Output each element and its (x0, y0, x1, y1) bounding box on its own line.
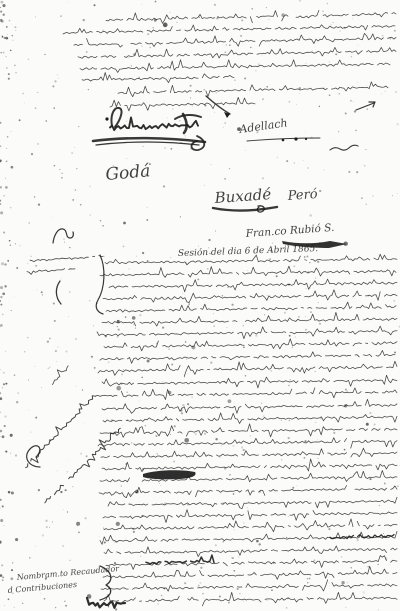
noise-speck (328, 528, 330, 530)
script-line (100, 350, 395, 363)
noise-speck (0, 430, 2, 433)
ink-blot (184, 438, 189, 443)
script-line (100, 424, 397, 437)
noise-speck (133, 324, 134, 325)
noise-speck (294, 163, 295, 164)
noise-speck (159, 483, 160, 484)
noise-speck (161, 595, 163, 597)
noise-speck (346, 390, 348, 392)
blacked-out-word (143, 470, 196, 479)
noise-speck (126, 392, 127, 393)
noise-speck (309, 578, 311, 580)
ink-blot (8, 491, 11, 494)
noise-speck (315, 371, 316, 372)
noise-speck (295, 337, 296, 338)
noise-speck (312, 50, 313, 51)
noise-speck (72, 199, 74, 201)
noise-speck (350, 100, 352, 102)
noise-speck (345, 607, 346, 608)
noise-speck (187, 403, 189, 405)
ink-blot (76, 522, 80, 526)
noise-speck (243, 601, 244, 602)
noise-speck (54, 248, 55, 249)
noise-speck (0, 211, 3, 214)
noise-speck (296, 104, 297, 105)
noise-speck (0, 203, 1, 205)
noise-speck (341, 556, 342, 557)
noise-speck (211, 164, 212, 165)
noise-speck (3, 231, 5, 233)
noise-speck (364, 165, 366, 167)
script-line (101, 580, 397, 592)
noise-speck (289, 420, 290, 421)
noise-speck (288, 516, 289, 517)
noise-speck (226, 44, 227, 45)
noise-speck (53, 107, 55, 109)
noise-speck (44, 598, 46, 600)
noise-speck (22, 93, 23, 94)
noise-speck (63, 238, 64, 239)
noise-speck (167, 117, 168, 118)
script-line (39, 424, 125, 506)
noise-speck (168, 78, 169, 79)
noise-speck (83, 423, 84, 424)
noise-speck (231, 557, 232, 558)
noise-speck (3, 51, 5, 53)
noise-speck (277, 157, 279, 159)
noise-speck (15, 72, 16, 73)
noise-speck (97, 96, 98, 97)
noise-speck (397, 123, 399, 125)
noise-speck (0, 412, 1, 413)
noise-speck (83, 19, 85, 21)
noise-speck (244, 77, 246, 79)
signature-strike-echo (96, 142, 199, 145)
noise-speck (9, 240, 11, 242)
noise-speck (88, 89, 89, 90)
noise-speck (41, 291, 43, 293)
noise-speck (355, 130, 357, 132)
noise-speck (225, 52, 227, 54)
script-line (78, 47, 396, 58)
noise-speck (181, 412, 183, 414)
session-heading: Sesión del dia 6 de Abril 1865. (178, 243, 319, 259)
noise-speck (286, 160, 288, 162)
noise-speck (2, 314, 4, 316)
noise-speck (357, 45, 358, 46)
noise-speck (248, 501, 249, 502)
noise-speck (75, 338, 76, 339)
noise-speck (361, 568, 362, 569)
noise-speck (8, 78, 10, 80)
noise-speck (266, 295, 267, 296)
noise-speck (0, 296, 2, 298)
noise-speck (257, 63, 259, 65)
script-line (47, 363, 71, 385)
noise-speck (125, 316, 127, 318)
noise-speck (18, 393, 19, 394)
noise-speck (80, 204, 82, 206)
script-line (106, 556, 397, 570)
script-line (102, 375, 397, 388)
noise-speck (122, 425, 123, 426)
appointment-note-line2: d Contribuciones (7, 580, 77, 595)
noise-speck (10, 50, 12, 52)
noise-speck (141, 4, 142, 5)
noise-speck (243, 449, 245, 451)
noise-speck (213, 313, 214, 314)
ink-blot (366, 423, 369, 426)
noise-speck (382, 35, 384, 37)
noise-speck (333, 22, 334, 23)
noise-speck (91, 356, 93, 358)
noise-speck (104, 541, 106, 543)
noise-speck (89, 300, 90, 301)
ink-blot (163, 23, 168, 28)
noise-speck (247, 270, 248, 271)
noise-speck (69, 560, 70, 561)
noise-speck (304, 256, 306, 258)
noise-speck (384, 90, 385, 91)
noise-speck (305, 329, 307, 331)
noise-speck (184, 582, 186, 584)
script-line (109, 279, 397, 292)
noise-speck (289, 335, 291, 337)
noise-speck (184, 376, 185, 377)
noise-speck (5, 178, 6, 179)
noise-speck (57, 74, 58, 75)
noise-speck (29, 557, 31, 559)
noise-speck (46, 526, 48, 528)
noise-speck (5, 351, 6, 352)
noise-speck (383, 533, 384, 534)
noise-speck (345, 112, 347, 114)
noise-speck (215, 544, 217, 546)
noise-speck (42, 534, 44, 536)
noise-speck (367, 566, 369, 568)
noise-speck (77, 526, 78, 527)
noise-speck (224, 68, 225, 69)
noise-speck (315, 278, 316, 279)
script-line (104, 519, 397, 532)
noise-speck (199, 17, 200, 18)
noise-speck (10, 207, 12, 209)
script-line (110, 97, 255, 111)
wavy-mark (330, 145, 358, 150)
noise-speck (255, 335, 257, 337)
noise-speck (255, 70, 256, 71)
noise-speck (28, 380, 29, 381)
noise-speck (0, 52, 1, 53)
noise-speck (286, 607, 287, 608)
noise-speck (5, 416, 7, 418)
noise-speck (45, 520, 47, 522)
noise-speck (174, 425, 176, 427)
noise-speck (15, 243, 16, 244)
noise-speck (2, 387, 3, 388)
noise-speck (259, 543, 261, 545)
noise-speck (243, 346, 245, 348)
script-line (101, 448, 397, 458)
noise-speck (198, 585, 200, 587)
ink-blot (94, 4, 96, 6)
margin-side-mark (56, 281, 61, 304)
noise-speck (11, 166, 14, 169)
noise-speck (3, 195, 4, 196)
noise-speck (356, 171, 358, 173)
noise-speck (192, 380, 193, 381)
noise-speck (299, 87, 301, 89)
noise-speck (299, 0, 301, 2)
noise-speck (306, 63, 307, 64)
noise-speck (158, 604, 159, 605)
noise-speck (76, 386, 77, 387)
signature-adellach: Adellach (238, 116, 289, 136)
noise-speck (108, 361, 110, 363)
noise-speck (48, 368, 50, 370)
noise-speck (168, 348, 170, 350)
noise-speck (45, 120, 47, 122)
noise-speck (156, 453, 158, 455)
noise-speck (155, 1, 157, 3)
noise-speck (102, 225, 104, 227)
noise-speck (333, 138, 334, 139)
noise-speck (339, 30, 341, 32)
noise-speck (335, 53, 337, 55)
noise-speck (31, 153, 33, 155)
manuscript-scan: Godá Adellach Buxadé Peró Fran.co Rubió … (0, 0, 400, 611)
noise-speck (199, 582, 201, 584)
noise-speck (69, 291, 71, 293)
noise-speck (115, 608, 117, 610)
noise-speck (352, 18, 353, 19)
noise-speck (292, 487, 294, 489)
noise-speck (62, 545, 64, 547)
noise-speck (133, 531, 135, 533)
noise-speck (270, 370, 272, 372)
noise-speck (392, 195, 393, 196)
script-line (100, 266, 396, 277)
noise-speck (202, 593, 204, 595)
noise-speck (238, 556, 239, 557)
noise-speck (164, 147, 166, 149)
noise-speck (367, 109, 368, 110)
noise-speck (266, 7, 267, 8)
noise-speck (15, 30, 16, 31)
script-line (102, 459, 397, 472)
noise-speck (0, 7, 1, 8)
noise-speck (262, 415, 264, 417)
noise-speck (86, 455, 88, 457)
noise-speck (172, 108, 173, 109)
noise-speck (139, 314, 141, 316)
noise-speck (147, 33, 149, 35)
noise-speck (72, 486, 73, 487)
noise-speck (307, 578, 309, 580)
noise-speck (307, 167, 308, 168)
noise-speck (241, 446, 243, 448)
ink-blot (341, 581, 344, 584)
noise-speck (90, 214, 91, 215)
noise-speck (68, 316, 69, 317)
noise-speck (394, 351, 396, 353)
noise-speck (344, 449, 346, 451)
noise-speck (233, 493, 235, 495)
noise-speck (243, 522, 244, 523)
ink-blot (60, 491, 62, 493)
noise-speck (329, 583, 330, 584)
noise-speck (74, 147, 75, 148)
noise-speck (155, 435, 157, 437)
noise-speck (147, 260, 148, 261)
noise-speck (7, 260, 9, 262)
noise-speck (55, 607, 57, 609)
noise-speck (215, 230, 216, 231)
noise-speck (170, 148, 172, 150)
noise-speck (14, 65, 15, 66)
noise-speck (281, 459, 283, 461)
noise-speck (54, 320, 56, 322)
noise-speck (234, 529, 235, 530)
noise-speck (361, 197, 363, 199)
noise-speck (233, 570, 235, 572)
noise-speck (243, 325, 244, 326)
noise-speck (12, 35, 13, 36)
noise-speck (305, 316, 306, 317)
noise-speck (126, 120, 128, 122)
noise-speck (65, 605, 67, 607)
noise-speck (163, 185, 165, 187)
noise-speck (117, 336, 119, 338)
noise-speck (180, 216, 181, 217)
noise-speck (278, 142, 279, 143)
noise-speck (142, 252, 144, 254)
noise-speck (379, 505, 380, 506)
script-line (104, 339, 397, 351)
ink-blot (123, 222, 126, 225)
noise-speck (250, 435, 251, 436)
script-line (103, 290, 397, 303)
noise-speck (35, 16, 36, 17)
noise-speck (4, 425, 6, 427)
noise-speck (378, 564, 379, 565)
noise-speck (372, 195, 373, 196)
noise-speck (89, 186, 90, 187)
noise-speck (53, 302, 55, 304)
noise-speck (378, 610, 379, 611)
noise-speck (397, 485, 399, 487)
noise-speck (338, 93, 340, 95)
noise-speck (59, 169, 61, 171)
noise-speck (150, 47, 152, 49)
noise-speck (139, 401, 140, 402)
noise-speck (162, 327, 164, 329)
noise-speck (303, 160, 304, 161)
script-line (106, 302, 396, 312)
noise-speck (58, 347, 59, 348)
noise-speck (350, 567, 352, 569)
noise-speck (124, 358, 125, 359)
noise-speck (78, 126, 79, 127)
noise-speck (319, 106, 320, 107)
noise-speck (3, 383, 5, 385)
signature-buxade: Buxadé (213, 185, 272, 207)
noise-speck (204, 185, 205, 186)
noise-speck (16, 401, 18, 403)
handwriting-lines-layer (20, 10, 397, 607)
noise-speck (55, 350, 57, 352)
noise-speck (19, 119, 21, 121)
noise-speck (306, 288, 307, 289)
noise-speck (75, 189, 77, 191)
noise-speck (34, 366, 35, 367)
noise-speck (63, 509, 64, 510)
noise-speck (354, 110, 356, 112)
noise-speck (0, 186, 2, 188)
noise-speck (140, 556, 141, 557)
noise-speck (11, 310, 12, 311)
noise-speck (276, 275, 278, 277)
noise-speck (357, 82, 358, 83)
noise-speck (10, 577, 13, 580)
noise-speck (369, 478, 371, 480)
ink-blot (147, 360, 150, 363)
noise-speck (240, 35, 242, 37)
noise-speck (0, 145, 1, 147)
noise-speck (0, 392, 1, 394)
noise-speck (49, 527, 50, 528)
noise-speck (351, 56, 353, 58)
noise-speck (24, 103, 25, 104)
noise-speck (69, 247, 71, 249)
noise-speck (357, 539, 359, 541)
noise-speck (56, 361, 57, 362)
signature-goda: Godá (105, 161, 151, 185)
adellach-dot (305, 138, 307, 140)
noise-speck (195, 433, 197, 435)
noise-speck (42, 294, 43, 295)
noise-speck (191, 396, 193, 398)
noise-speck (393, 300, 395, 302)
noise-speck (2, 36, 4, 38)
noise-speck (6, 26, 8, 28)
noise-speck (0, 286, 3, 289)
noise-speck (317, 439, 318, 440)
noise-speck (34, 196, 36, 198)
noise-speck (203, 89, 205, 91)
noise-speck (60, 15, 61, 16)
noise-speck (47, 341, 49, 343)
noise-speck (0, 304, 2, 306)
script-line (80, 60, 390, 73)
adellach-dot (294, 137, 297, 140)
noise-speck (15, 538, 18, 541)
noise-speck (37, 143, 39, 145)
noise-speck (35, 417, 37, 419)
noise-speck (6, 67, 8, 69)
noise-speck (76, 168, 78, 170)
ink-blot (228, 399, 232, 403)
secretary-signature: Fran.co Rubió S. (244, 222, 334, 240)
noise-speck (2, 576, 4, 578)
noise-speck (100, 220, 101, 221)
noise-speck (0, 200, 1, 202)
noise-speck (3, 14, 5, 16)
ink-blot (256, 540, 259, 543)
noise-speck (185, 341, 187, 343)
noise-speck (1, 564, 3, 566)
noise-speck (28, 59, 30, 61)
